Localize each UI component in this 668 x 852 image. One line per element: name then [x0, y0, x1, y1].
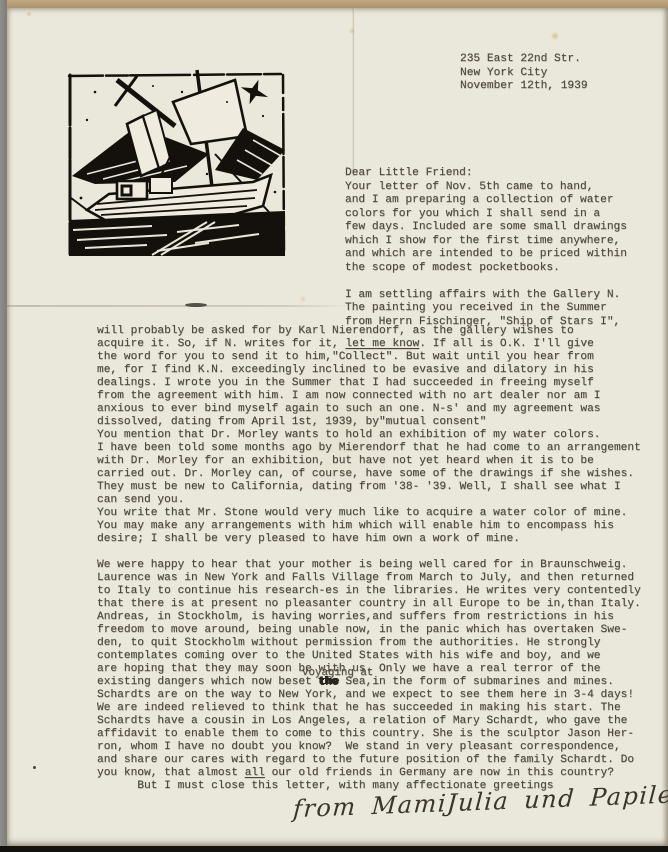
fold-crease-vertical: [352, 8, 355, 176]
typed-line: dealings. I wrote you in the Summer that…: [97, 377, 641, 390]
typed-line: few days. Included are some small drawin…: [345, 221, 627, 235]
typed-line: November 12th, 1939: [460, 80, 588, 94]
typed-line: colors for you which I shall send in a: [345, 208, 627, 222]
typed-line: and which are intended to be priced with…: [345, 248, 627, 262]
typed-line: We were happy to hear that your mother i…: [97, 559, 641, 572]
underlined-text: all: [245, 767, 265, 779]
typed-insertion: voyaging at: [302, 667, 373, 679]
typed-line: contemplates coming over to the United S…: [97, 650, 641, 663]
typed-line: Schardts have a cousin in Los Angeles, a…: [97, 715, 641, 728]
typed-line: the scope of modest pocketbooks.: [345, 262, 627, 276]
typed-line: Laurence was in New York and Falls Villa…: [97, 572, 641, 585]
typed-line: that there is at present no pleasanter c…: [97, 598, 641, 611]
typed-line: [97, 546, 641, 559]
typed-line: will probably be asked for by Karl Niere…: [97, 325, 641, 338]
typed-line: The painting you received in the Summer: [345, 302, 627, 316]
typed-line: Andreas, in Stockholm, is having worries…: [97, 611, 641, 624]
ship-woodcut-print: [57, 62, 290, 258]
typed-line: which I show for the first time anywhere…: [345, 235, 627, 249]
typed-text: . If all is O.K. I'll give: [419, 338, 594, 350]
pencil-dot: [33, 766, 36, 769]
typed-line: with Dr. Morley for an exhibition, but h…: [97, 455, 641, 468]
typed-line: They must be new to California, dating f…: [97, 481, 641, 494]
typed-line: You mention that Dr. Morley wants to hol…: [97, 429, 641, 442]
typed-line: anxious to ever bind myself again to suc…: [97, 403, 641, 416]
typed-text: you know, that almost: [97, 767, 245, 779]
typed-line: den, to quit Stockholm without permissio…: [97, 637, 641, 650]
address-block: 235 East 22nd Str.New York CityNovember …: [460, 53, 588, 94]
typed-line: the word for you to send it to him,"Coll…: [97, 351, 641, 364]
photo-background-bottom: [0, 846, 668, 852]
typed-line: me, for I find K.N. exceedingly inclined…: [97, 364, 641, 377]
typed-line: acquire it. So, if N. writes for it, let…: [97, 338, 641, 351]
typed-text: our old friends in Germany are now in th…: [265, 767, 614, 779]
typed-line: You write that Mr. Stone would very much…: [97, 507, 641, 520]
body-text: will probably be asked for by Karl Niere…: [97, 325, 641, 793]
typed-line: freedom to move around, being unable now…: [97, 624, 641, 637]
typed-line: can send you.: [97, 494, 641, 507]
photo-background-left: [0, 0, 7, 852]
typed-line: Your letter of Nov. 5th came to hand,: [345, 181, 627, 195]
typed-line: New York City: [460, 67, 588, 81]
typed-line: [345, 275, 627, 289]
typed-line: carried out. Dr. Morley can, of course, …: [97, 468, 641, 481]
typed-line: Schardts are on the way to New York, and…: [97, 689, 641, 702]
typed-line: ron, whom I have no doubt you know? We s…: [97, 741, 641, 754]
typed-text: acquire it. So, if N. writes for it,: [97, 338, 345, 350]
typed-line: affidavit to enable them to come to this…: [97, 728, 641, 741]
typed-text: existing dangers which now beset: [97, 676, 319, 688]
typed-line: from the agreement with him. I am now co…: [97, 390, 641, 403]
ink-smudge: [185, 303, 207, 307]
underlined-text: let me know: [345, 338, 419, 350]
fold-crease-horizontal: [7, 305, 353, 307]
typed-line: you know, that almost all our old friend…: [97, 767, 641, 780]
typed-line: Dear Little Friend:: [345, 167, 627, 181]
typed-line: dissolved, dating from April 1st, 1939, …: [97, 416, 641, 429]
typed-line: to Italy to continue his research-es in …: [97, 585, 641, 598]
typed-line: and share our cares with regard to the f…: [97, 754, 641, 767]
typed-line: 235 East 22nd Str.: [460, 53, 588, 67]
typed-line: You may make any arrangements with him w…: [97, 520, 641, 533]
typed-line: and I am preparing a collection of water: [345, 194, 627, 208]
typed-line: desire; I shall be very pleased to have …: [97, 533, 641, 546]
typed-line: I am settling affairs with the Gallery N…: [345, 289, 627, 303]
typed-line: We are indeed relieved to think that he …: [97, 702, 641, 715]
photo-background-top: [0, 0, 668, 8]
letter-paper: 235 East 22nd Str.New York CityNovember …: [7, 8, 668, 846]
typed-text: Sea,in the form of submarines and mines.: [339, 676, 614, 688]
salutation-block: Dear Little Friend:Your letter of Nov. 5…: [345, 167, 627, 329]
photographed-letter: 235 East 22nd Str.New York CityNovember …: [0, 0, 668, 852]
typed-line: I have been told some months ago by Mier…: [97, 442, 641, 455]
